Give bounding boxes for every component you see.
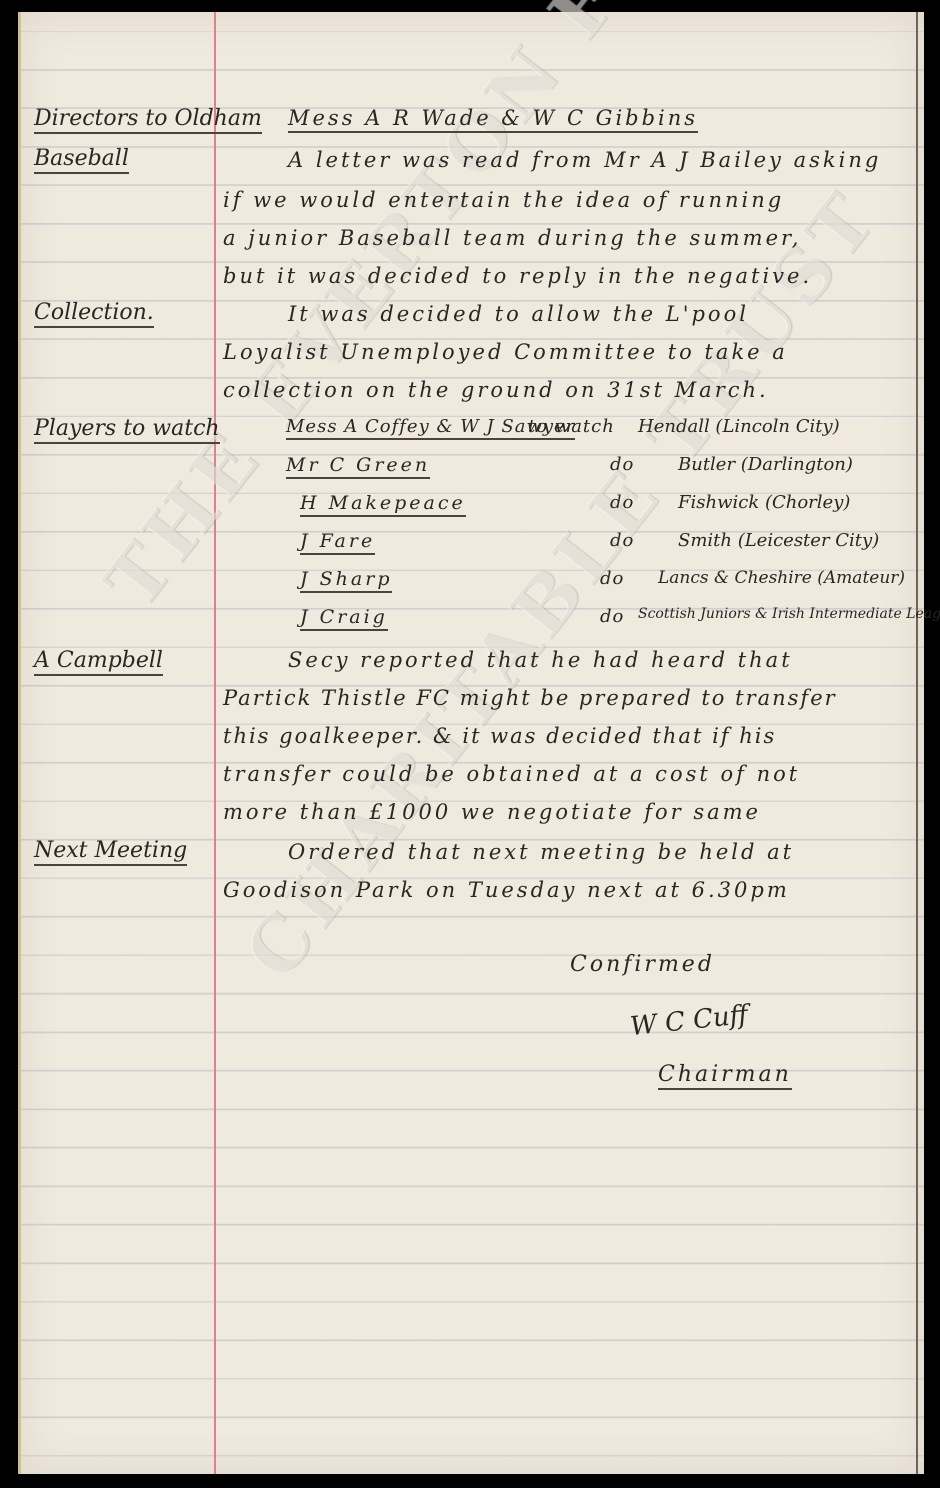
confirmed-label: Confirmed <box>570 952 715 977</box>
player-to-watch: Smith (Leicester City) <box>678 530 879 551</box>
watch-verb: do <box>610 454 634 475</box>
entry-line: this goalkeeper. & it was decided that i… <box>223 724 776 748</box>
margin-heading-collection: Collection. <box>34 300 154 328</box>
margin-heading-next-meeting: Next Meeting <box>34 838 187 866</box>
player-to-watch: Hendall (Lincoln City) <box>638 416 840 437</box>
margin-heading-baseball: Baseball <box>34 146 129 174</box>
margin-heading-players-to-watch: Players to watch <box>34 416 220 444</box>
page-edge-right <box>916 12 918 1474</box>
entry-line: more than £1000 we negotiate for same <box>223 800 761 824</box>
scout-names: J Sharp <box>300 568 392 593</box>
entry-line: Secy reported that he had heard that <box>288 648 793 672</box>
page-edge-left <box>18 12 21 1474</box>
entry-line: Goodison Park on Tuesday next at 6.30pm <box>223 878 790 902</box>
entry-line: collection on the ground on 31st March. <box>223 378 769 402</box>
scout-names: H Makepeace <box>300 492 466 517</box>
entry-line: It was decided to allow the L'pool <box>288 302 749 326</box>
scout-names: J Fare <box>300 530 375 555</box>
entry-line: if we would entertain the idea of runnin… <box>223 188 784 212</box>
entry-line: A letter was read from Mr A J Bailey ask… <box>288 148 881 172</box>
watch-verb: do <box>610 530 634 551</box>
margin-rule <box>214 12 216 1474</box>
player-to-watch: Scottish Juniors & Irish Intermediate Le… <box>638 606 940 622</box>
watch-verb: to watch <box>528 416 615 437</box>
player-to-watch: Butler (Darlington) <box>678 454 853 475</box>
player-to-watch: Lancs & Cheshire (Amateur) <box>658 568 905 588</box>
entry-line: transfer could be obtained at a cost of … <box>223 762 800 786</box>
entry-line: Partick Thistle FC might be prepared to … <box>223 686 837 710</box>
minute-book-page: THE EVERTON FC CHARITABLE TRUST Director… <box>18 12 924 1474</box>
margin-heading-directors: Directors to Oldham <box>34 106 262 134</box>
entry-line: Mess A R Wade & W C Gibbins <box>288 106 698 133</box>
scout-names: Mr C Green <box>286 454 430 479</box>
chairman-title: Chairman <box>658 1062 792 1090</box>
watch-verb: do <box>600 606 624 627</box>
entry-line: Ordered that next meeting be held at <box>288 840 794 864</box>
margin-heading-campbell: A Campbell <box>34 648 163 676</box>
watch-verb: do <box>600 568 624 589</box>
entry-line: a junior Baseball team during the summer… <box>223 226 801 250</box>
scout-names: J Craig <box>300 606 388 631</box>
watch-verb: do <box>610 492 634 513</box>
entry-line: but it was decided to reply in the negat… <box>223 264 812 288</box>
player-to-watch: Fishwick (Chorley) <box>678 492 850 513</box>
entry-line: Loyalist Unemployed Committee to take a <box>223 340 788 364</box>
